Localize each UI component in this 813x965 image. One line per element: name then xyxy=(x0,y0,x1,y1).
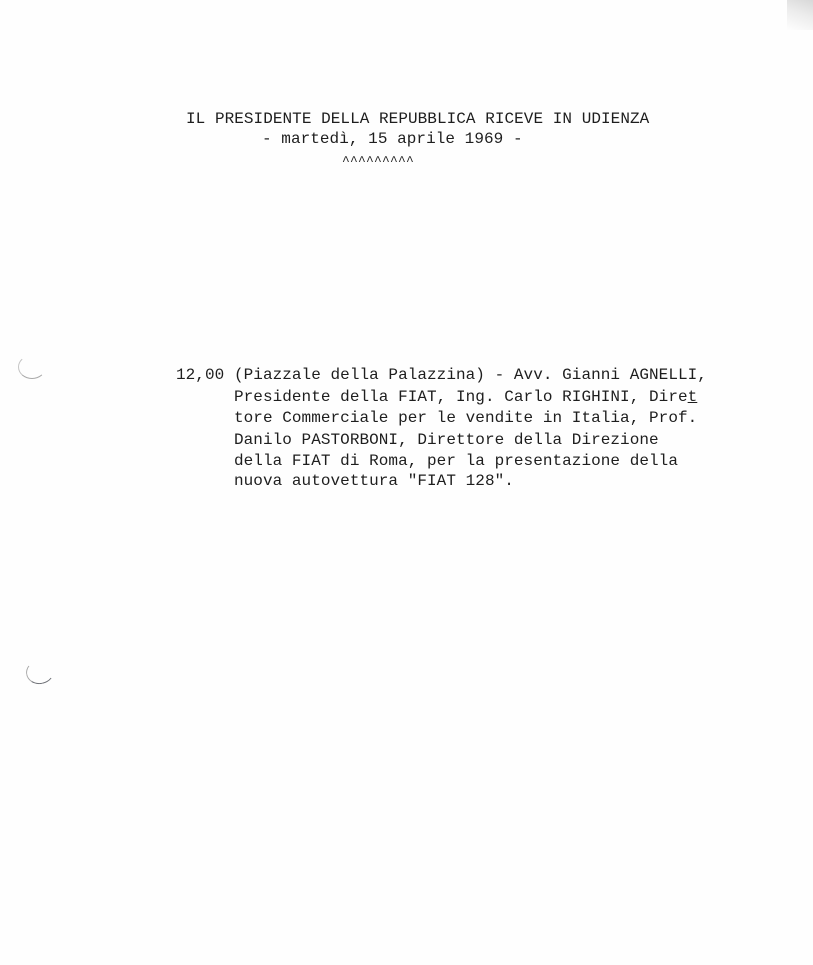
document-date: - martedì, 15 aprile 1969 - xyxy=(262,129,523,150)
scan-corner-shadow xyxy=(787,0,813,30)
hyphenation-mark: t xyxy=(688,388,698,406)
header-separator: ^^^^^^^^^ xyxy=(342,151,414,172)
entry-line-text: Presidente della FIAT, Ing. Carlo RIGHIN… xyxy=(234,388,688,406)
entry-line: nuova autovettura "FIAT 128". xyxy=(234,471,514,492)
entry-line: Presidente della FIAT, Ing. Carlo RIGHIN… xyxy=(234,387,697,408)
entry-line: Danilo PASTORBONI, Direttore della Direz… xyxy=(234,430,659,451)
document-page: IL PRESIDENTE DELLA REPUBBLICA RICEVE IN… xyxy=(0,0,813,965)
punch-hole-mark-icon xyxy=(24,658,56,686)
entry-line: della FIAT di Roma, per la presentazione… xyxy=(234,451,678,472)
entry-line: tore Commerciale per le vendite in Itali… xyxy=(234,408,697,429)
entry-time: 12,00 xyxy=(176,365,224,386)
punch-hole-mark-icon xyxy=(18,355,46,379)
document-title: IL PRESIDENTE DELLA REPUBBLICA RICEVE IN… xyxy=(186,109,649,130)
entry-line: (Piazzale della Palazzina) - Avv. Gianni… xyxy=(234,365,707,386)
